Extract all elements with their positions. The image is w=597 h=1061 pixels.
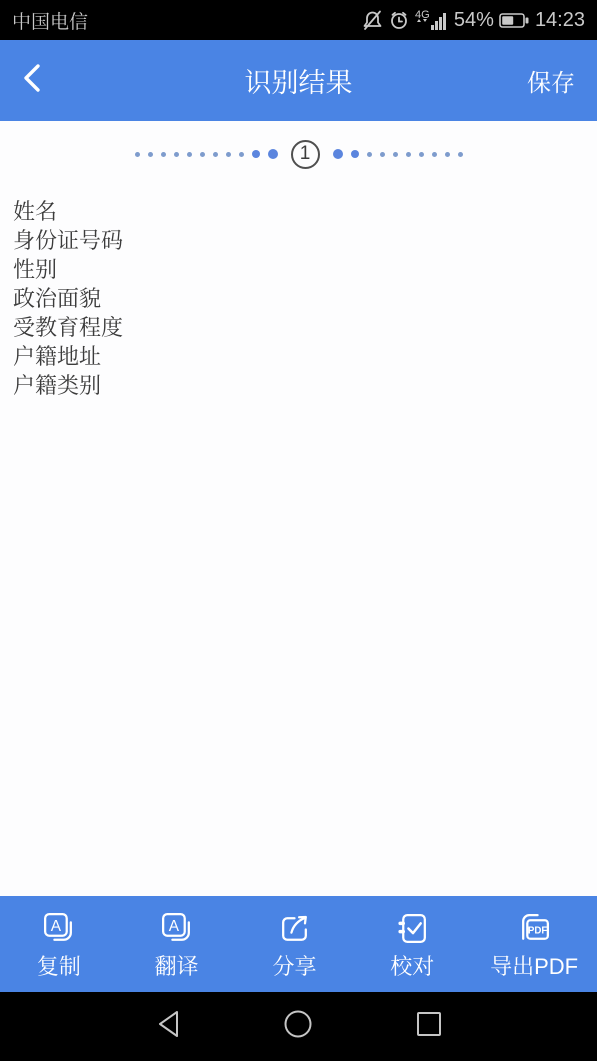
bottom-toolbar: A 复制 A 翻译 分享 — [0, 896, 597, 992]
result-content: 1 姓名 身份证号码 性别 政治面貌 受教育程度 户籍地址 户籍类别 — [0, 121, 597, 896]
nav-home-button[interactable] — [283, 1009, 313, 1044]
proofread-icon — [394, 907, 431, 947]
ocr-text-line: 姓名 — [13, 197, 597, 226]
nav-home-icon — [283, 1009, 313, 1044]
share-icon — [276, 907, 313, 947]
nav-recents-button[interactable] — [416, 1011, 442, 1042]
ocr-text-line: 户籍类别 — [13, 371, 597, 400]
clock-label: 14:23 — [535, 9, 585, 32]
svg-text:PDF: PDF — [527, 926, 547, 937]
svg-text:A: A — [169, 918, 180, 935]
toolbar-item-label: 分享 — [272, 950, 316, 981]
ocr-text-line: 身份证号码 — [13, 226, 597, 255]
ocr-text-block[interactable]: 姓名 身份证号码 性别 政治面貌 受教育程度 户籍地址 户籍类别 — [0, 197, 597, 400]
page-indicator[interactable]: 1 — [0, 137, 597, 171]
app-header: 识别结果 保存 — [0, 40, 597, 121]
carrier-label: 中国电信 — [12, 7, 88, 34]
ocr-text-line: 受教育程度 — [13, 313, 597, 342]
nav-back-button[interactable] — [156, 1009, 180, 1044]
battery-percent-label: 54% — [454, 9, 494, 32]
mute-icon — [362, 9, 383, 31]
svg-text:A: A — [51, 918, 62, 935]
back-icon — [22, 62, 42, 99]
toolbar-item-label: 翻译 — [155, 950, 199, 981]
save-button[interactable]: 保存 — [527, 63, 575, 98]
status-bar-right: 4G 54% 14:23 — [362, 8, 585, 32]
pager-dots-right — [333, 149, 463, 159]
proofread-button[interactable]: 校对 — [372, 907, 452, 981]
battery-icon — [499, 13, 530, 28]
nav-back-icon — [156, 1009, 180, 1044]
translate-icon: A — [158, 907, 195, 947]
ocr-text-line: 性别 — [13, 255, 597, 284]
toolbar-item-label: 导出PDF — [490, 950, 578, 981]
copy-button[interactable]: A 复制 — [19, 907, 99, 981]
ocr-text-line: 政治面貌 — [13, 284, 597, 313]
back-button[interactable] — [22, 63, 52, 99]
status-bar: 中国电信 4G — [0, 0, 597, 40]
copy-icon: A — [40, 907, 77, 947]
export-pdf-icon: PDF — [516, 907, 553, 947]
share-button[interactable]: 分享 — [254, 907, 334, 981]
export-pdf-button[interactable]: PDF 导出PDF — [490, 907, 578, 981]
signal-icon: 4G — [415, 8, 449, 32]
page-number-badge: 1 — [291, 140, 320, 169]
page-title: 识别结果 — [0, 61, 597, 100]
ocr-text-line: 户籍地址 — [13, 342, 597, 371]
pager-dots-left — [135, 149, 278, 159]
nav-recents-icon — [416, 1011, 442, 1042]
network-type-glyph: 4G — [415, 9, 430, 21]
translate-button[interactable]: A 翻译 — [137, 907, 217, 981]
toolbar-item-label: 复制 — [37, 950, 81, 981]
android-nav-bar — [0, 992, 597, 1061]
alarm-icon — [388, 9, 410, 31]
phone-screen: 中国电信 4G — [0, 0, 597, 1061]
toolbar-item-label: 校对 — [390, 950, 434, 981]
